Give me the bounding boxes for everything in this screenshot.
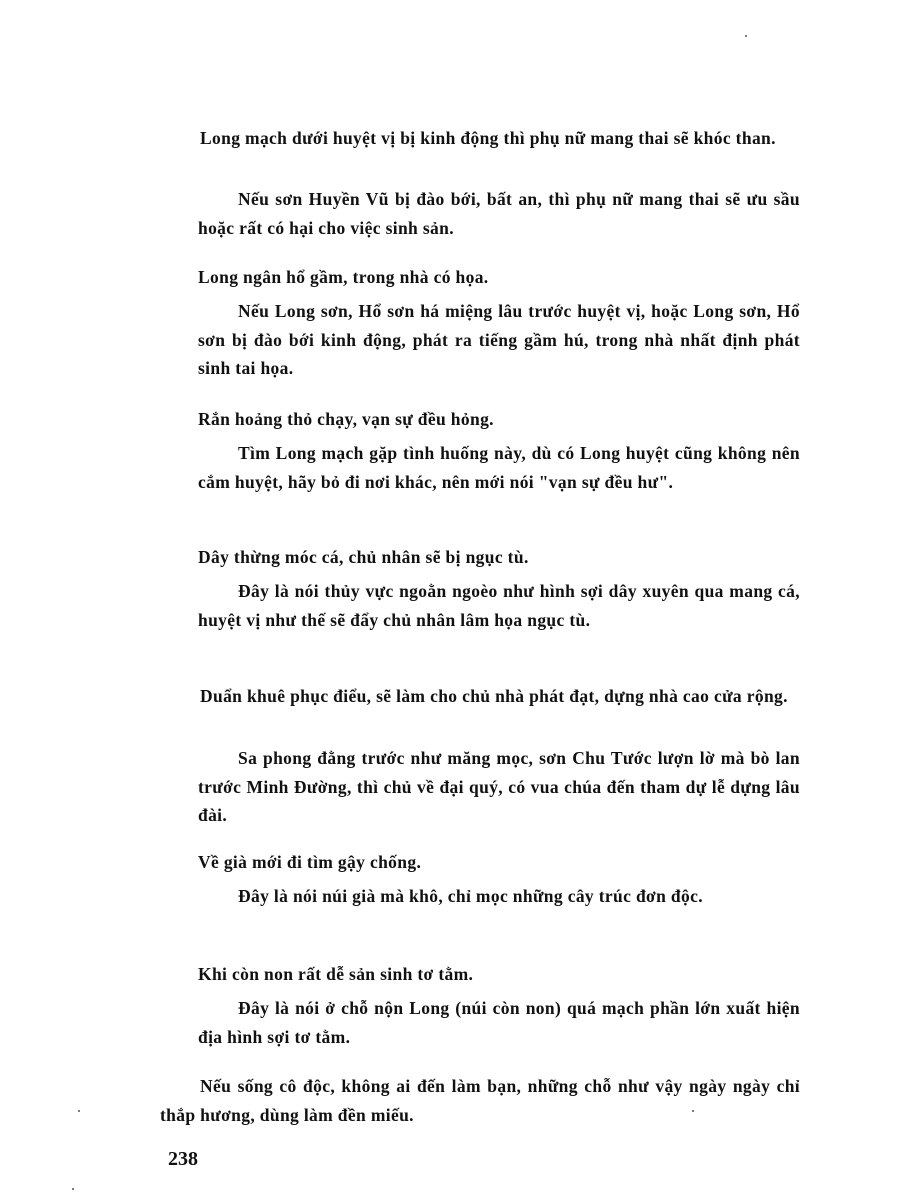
explanation-text: Đây là nói núi già mà khô, chỉ mọc những… [198,882,800,911]
heading-text: Nếu sống cô độc, không ai đến làm bạn, n… [160,1072,800,1129]
scan-speck [692,1110,694,1112]
scan-speck [78,1110,80,1112]
section-5-explanation: Sa phong đằng trước như măng mọc, sơn Ch… [198,744,800,830]
section-5-heading: Duẩn khuê phục điểu, sẽ làm cho chủ nhà … [160,682,800,711]
heading-text: Về già mới đi tìm gậy chống. [198,848,800,877]
explanation-text: Sa phong đằng trước như măng mọc, sơn Ch… [198,744,800,830]
heading-text: Khi còn non rất dễ sản sinh tơ tằm. [198,960,800,989]
section-3-heading: Rắn hoảng thỏ chạy, vạn sự đều hỏng. [198,405,800,434]
explanation-text: Tìm Long mạch gặp tình huống này, dù có … [198,439,800,496]
book-page: Long mạch dưới huyệt vị bị kinh động thì… [0,0,921,1200]
scan-speck [745,35,747,37]
scan-speck [72,1188,74,1190]
section-4-explanation: Đây là nói thủy vực ngoằn ngoèo như hình… [198,577,800,634]
section-2-explanation: Nếu Long sơn, Hổ sơn há miệng lâu trước … [198,297,800,383]
section-2-heading: Long ngân hổ gầm, trong nhà có họa. [198,263,800,292]
heading-text: Long mạch dưới huyệt vị bị kinh động thì… [160,124,800,153]
explanation-text: Nếu sơn Huyền Vũ bị đào bới, bất an, thì… [198,185,800,242]
explanation-text: Đây là nói ở chỗ nộn Long (núi còn non) … [198,994,800,1051]
section-3-explanation: Tìm Long mạch gặp tình huống này, dù có … [198,439,800,496]
section-4-heading: Dây thừng móc cá, chủ nhân sẽ bị ngục tù… [198,543,800,572]
section-1-explanation: Nếu sơn Huyền Vũ bị đào bới, bất an, thì… [198,185,800,242]
heading-text: Rắn hoảng thỏ chạy, vạn sự đều hỏng. [198,405,800,434]
explanation-text: Đây là nói thủy vực ngoằn ngoèo như hình… [198,577,800,634]
section-7-explanation: Đây là nói ở chỗ nộn Long (núi còn non) … [198,994,800,1051]
section-6-heading: Về già mới đi tìm gậy chống. [198,848,800,877]
section-7-heading: Khi còn non rất dễ sản sinh tơ tằm. [198,960,800,989]
section-1-heading: Long mạch dưới huyệt vị bị kinh động thì… [160,124,800,153]
explanation-text: Nếu Long sơn, Hổ sơn há miệng lâu trước … [198,297,800,383]
heading-text: Dây thừng móc cá, chủ nhân sẽ bị ngục tù… [198,543,800,572]
section-6-explanation: Đây là nói núi già mà khô, chỉ mọc những… [198,882,800,911]
heading-text: Long ngân hổ gầm, trong nhà có họa. [198,263,800,292]
page-number: 238 [168,1148,198,1171]
heading-text: Duẩn khuê phục điểu, sẽ làm cho chủ nhà … [160,682,800,711]
section-8-heading: Nếu sống cô độc, không ai đến làm bạn, n… [160,1072,800,1129]
